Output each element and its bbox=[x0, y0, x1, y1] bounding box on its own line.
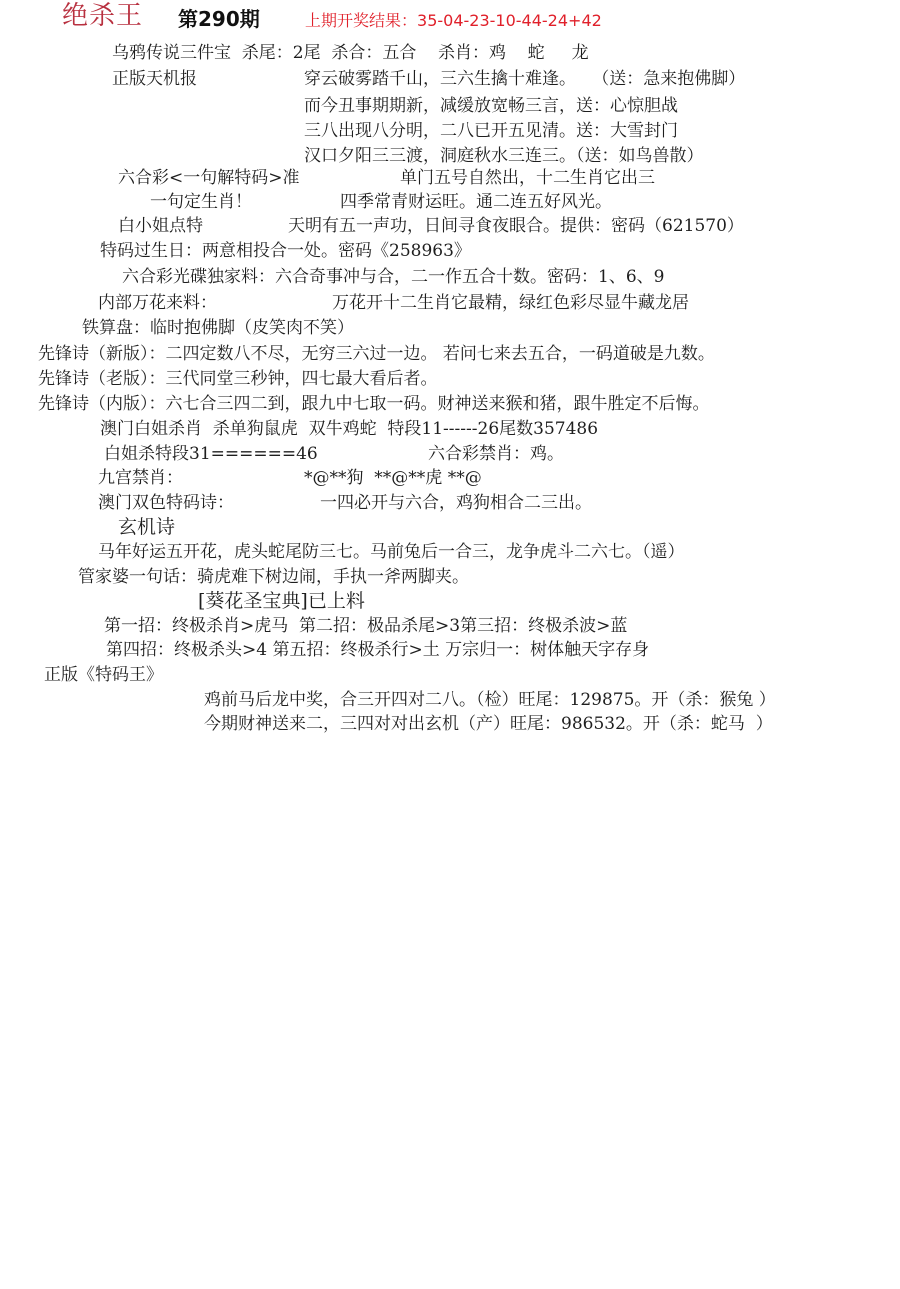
text-line: 澳门白姐杀肖 杀单狗鼠虎 双牛鸡蛇 特段11------26尾数357486 bbox=[100, 418, 598, 440]
text-line: 第四招：终极杀头>4 第五招：终极杀行>土 万宗归一：树体触天字存身 bbox=[106, 639, 649, 661]
text-line: 四季常青财运旺。通二连五好风光。 bbox=[340, 191, 612, 213]
text-line: 单门五号自然出，十二生肖它出三 bbox=[400, 167, 655, 189]
text-line: 穿云破雾踏千山，三六生擒十难逢。 （送：急来抱佛脚） bbox=[304, 68, 745, 90]
text-line: 先锋诗（新版）：二四定数八不尽，无穷三六过一边。 若问七来去五合，一码道破是九数… bbox=[38, 343, 715, 365]
text-line: 今期财神送来二，三四对对出玄机（产）旺尾：986532。开（杀：蛇马 ） bbox=[204, 713, 773, 735]
text-line: 鸡前马后龙中奖，合三开四对二八。（检）旺尾：129875。开（杀：猴兔 ） bbox=[204, 689, 776, 711]
text-line: 特码过生日：两意相投合一处。密码《258963》 bbox=[100, 240, 471, 262]
text-line: 九宫禁肖： bbox=[98, 467, 183, 489]
brand-title: 绝杀王 bbox=[62, 0, 143, 32]
last-draw-numbers: 35-04-23-10-44-24+42 bbox=[417, 11, 602, 30]
text-line: 第一招：终极杀肖>虎马 第二招：极品杀尾>3第三招：终极杀波>蓝 bbox=[104, 615, 627, 637]
text-line: 管家婆一句话：骑虎难下树边闹，手执一斧两脚夹。 bbox=[78, 566, 469, 588]
text-line: 玄机诗 bbox=[118, 516, 175, 538]
text-line: 六合彩<一句解特码>准 bbox=[118, 167, 300, 189]
text-line: 汉口夕阳三三渡，洞庭秋水三连三。（送：如鸟兽散） bbox=[304, 145, 704, 167]
last-draw-label: 上期开奖结果： bbox=[305, 11, 417, 30]
text-line: 铁算盘：临时抱佛脚（皮笑肉不笑） bbox=[82, 317, 354, 339]
last-draw-result: 上期开奖结果：35-04-23-10-44-24+42 bbox=[305, 10, 602, 32]
text-line: 三八出现八分明，二八已开五见清。送：大雪封门 bbox=[304, 120, 678, 142]
text-line: [葵花圣宝典]已上料 bbox=[198, 590, 365, 612]
text-line: *@**狗 **@**虎 **@ bbox=[304, 467, 482, 489]
text-line: 六合彩光碟独家料：六合奇事冲与合，二一作五合十数。密码：1、6、9 bbox=[122, 266, 664, 288]
text-line: 一句定生肖！ bbox=[150, 191, 252, 213]
text-line: 正版天机报 bbox=[112, 68, 197, 90]
text-line: 正版《特码王》 bbox=[44, 664, 163, 686]
text-line: 六合彩禁肖：鸡。 bbox=[428, 443, 564, 465]
text-line: 先锋诗（老版）：三代同堂三秒钟，四七最大看后者。 bbox=[38, 368, 438, 390]
text-line: 乌鸦传说三件宝 杀尾：2尾 杀合：五合 杀肖：鸡 蛇 龙 bbox=[112, 42, 589, 64]
text-line: 一四必开与六合，鸡狗相合二三出。 bbox=[320, 492, 592, 514]
issue-number: 第290期 bbox=[178, 6, 260, 32]
text-line: 马年好运五开花，虎头蛇尾防三七。马前兔后一合三，龙争虎斗二六七。（遥） bbox=[98, 541, 685, 563]
text-line: 内部万花来料： bbox=[98, 292, 217, 314]
text-line: 白姐杀特段31======46 bbox=[104, 443, 318, 465]
text-line: 澳门双色特码诗： bbox=[98, 492, 234, 514]
text-line: 先锋诗（内版）：六七合三四二到，跟九中七取一码。财神送来猴和猪，跟牛胜定不后悔。 bbox=[38, 393, 710, 415]
text-line: 白小姐点特 bbox=[118, 215, 203, 237]
text-line: 而今丑事期期新，减缓放宽畅三言，送：心惊胆战 bbox=[304, 95, 678, 117]
text-line: 万花开十二生肖它最精，绿红色彩尽显牛藏龙居 bbox=[332, 292, 689, 314]
text-line: 天明有五一声功，日间寻食夜眼合。提供：密码（621570） bbox=[288, 215, 744, 237]
